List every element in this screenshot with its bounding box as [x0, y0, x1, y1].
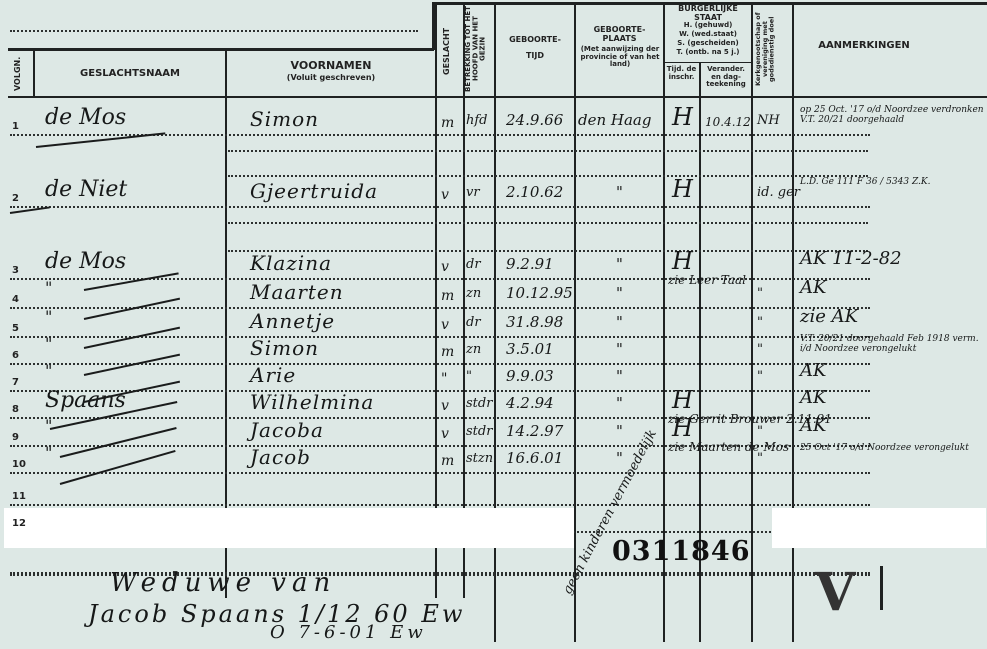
remarks: AK 11-2-82	[800, 249, 985, 270]
surname-strike	[60, 450, 176, 485]
highlight-row10-right	[772, 508, 986, 548]
status-change: 10.4.12	[705, 115, 751, 129]
row-number: 4	[12, 294, 19, 305]
birth-date: 16.6.01	[506, 449, 563, 467]
row-rule	[10, 472, 870, 474]
given-name: Gjeertruida	[250, 179, 378, 203]
relation: stdr	[466, 424, 492, 439]
birth-place: "	[616, 284, 623, 302]
stamp-number: 0311846	[612, 536, 751, 567]
header-burgerlijke-staat: BURGERLIJKE STAAT	[668, 5, 748, 23]
remarks: V.T. 20/21 doorgehaald Feb 1918 verm. i/…	[800, 334, 985, 355]
remarks: AK	[800, 278, 985, 299]
church: id. ger	[757, 185, 800, 200]
surname: de Mos	[45, 105, 126, 130]
mark-stroke	[880, 566, 883, 610]
church: "	[757, 451, 763, 466]
top-dotted-rule	[10, 30, 418, 32]
relation: stzn	[466, 451, 493, 466]
header-geslachtsnaam: GESLACHTSNAAM	[35, 68, 225, 79]
civil-status: H	[672, 247, 693, 275]
row-rule	[10, 504, 870, 506]
birth-place: "	[616, 394, 623, 412]
birth-date: 9.2.91	[506, 255, 554, 273]
civil-status: H	[672, 103, 693, 131]
row-number: 12	[12, 518, 26, 529]
row-number: 6	[12, 350, 19, 361]
legend-item: H. (gehuwd)	[665, 22, 751, 30]
birth-date: 2.10.62	[506, 183, 563, 201]
birth-date: 4.2.94	[506, 394, 554, 412]
church: "	[757, 369, 763, 384]
surname: "	[45, 334, 52, 353]
surname: "	[45, 416, 52, 435]
birth-date: 3.5.01	[506, 340, 554, 358]
birth-date: 31.8.98	[506, 313, 563, 331]
civil-status: H	[672, 414, 693, 442]
header-kerkgenootschap: Kerkgenootschap of vereniging met godsdi…	[755, 5, 789, 93]
status-change: zie Leer Taal	[668, 273, 746, 287]
header-tijd-inschr: Tijd. de inschr.	[664, 66, 699, 81]
sex: m	[441, 288, 454, 304]
given-name: Maarten	[250, 280, 344, 304]
footer-note-line1: Weduwe van	[110, 568, 336, 598]
check-mark: V	[815, 562, 855, 623]
remarks: 25 Oct '17 o/d Noordzee verongelukt	[800, 443, 985, 453]
sex: m	[441, 344, 454, 360]
given-name: Jacoba	[250, 418, 324, 442]
row-number: 1	[12, 121, 19, 132]
header-geslacht: GESLACHT	[443, 10, 451, 92]
row-number: 9	[12, 432, 19, 443]
highlight-row10-left	[4, 508, 574, 548]
birth-place: "	[616, 449, 623, 467]
given-name: Simon	[250, 336, 319, 360]
civil-status: H	[672, 175, 693, 203]
sub-rule	[228, 175, 868, 177]
church: "	[757, 342, 763, 357]
header-geboortetijd-2: TIJD	[496, 52, 574, 61]
birth-place: "	[616, 340, 623, 358]
remarks: L.D. Ge 111 F 36 / 5343 Z.K.	[800, 177, 985, 187]
given-name: Arie	[250, 363, 296, 387]
legend-item: T. (ontb. na 5 j.)	[665, 49, 751, 57]
header-voornamen-sub: (Voluit geschreven)	[227, 74, 435, 83]
relation: zn	[466, 342, 481, 357]
birth-place: "	[616, 183, 623, 201]
church: "	[757, 286, 763, 301]
header-top-border	[8, 48, 434, 51]
relation: stdr	[466, 396, 492, 411]
surname: "	[45, 278, 52, 297]
header-aanmerkingen: AANMERKINGEN	[794, 40, 934, 51]
sex: m	[441, 115, 454, 131]
given-name: Simon	[250, 107, 319, 131]
sex: v	[441, 398, 449, 414]
church: NH	[757, 113, 780, 128]
row-rule	[10, 206, 870, 208]
sex: v	[441, 259, 449, 275]
birth-date: 14.2.97	[506, 422, 563, 440]
row-number: 5	[12, 323, 19, 334]
sex: v	[441, 317, 449, 333]
remarks: AK	[800, 388, 985, 409]
row-number: 2	[12, 193, 19, 204]
church: "	[757, 315, 763, 330]
status-change: zie Maarten de Mos	[668, 440, 789, 454]
burgerlijke-staat-divider	[663, 62, 752, 63]
remarks: zie AK	[800, 307, 985, 328]
given-name: Jacob	[250, 445, 311, 469]
header-geboorteplaats-sub: (Met aanwijzing der provincie of van het…	[580, 46, 660, 69]
birth-date: 9.9.03	[506, 367, 554, 385]
row-number: 8	[12, 404, 19, 415]
relation: vr	[466, 185, 480, 200]
relation: hfd	[466, 113, 488, 128]
header-geboorteplaats-2: PLAATS	[576, 35, 663, 44]
legend-item: W. (wed.staat)	[665, 31, 751, 39]
church: "	[757, 424, 763, 439]
remarks: op 25 Oct. '17 o/d Noordzee verdronken V…	[800, 105, 985, 126]
birth-date: 10.12.95	[506, 284, 573, 302]
header-bottom-border	[8, 96, 987, 98]
birth-place: "	[616, 313, 623, 331]
row-number: 11	[12, 491, 26, 502]
civil-status: H	[672, 386, 693, 414]
given-name: Wilhelmina	[250, 390, 374, 414]
surname: "	[45, 443, 52, 462]
relation: dr	[466, 257, 481, 272]
sex: "	[441, 371, 447, 387]
relation: "	[466, 369, 472, 384]
header-betrekking: BETREKKING TOT HET HOOFD VAN HET GEZIN	[465, 5, 493, 93]
birth-place: "	[616, 367, 623, 385]
remarks: AK	[800, 361, 985, 382]
relation: zn	[466, 286, 481, 301]
birth-place: "	[616, 422, 623, 440]
sex: v	[441, 426, 449, 442]
col-line-verander	[751, 2, 753, 642]
sub-rule	[228, 222, 868, 224]
row-number: 7	[12, 377, 19, 388]
header-verander: Verander. en dag-teekening	[702, 66, 750, 89]
sub-rule	[228, 150, 868, 152]
footer-note-line3: O 7-6-01 Ew	[270, 622, 427, 643]
relation: dr	[466, 315, 481, 330]
given-name: Annetje	[250, 309, 335, 333]
sex: m	[441, 453, 454, 469]
birth-date: 24.9.66	[506, 111, 563, 129]
birth-place: den Haag	[578, 111, 651, 129]
legend-item: S. (gescheiden)	[665, 40, 751, 48]
birth-place: "	[616, 255, 623, 273]
row-number: 3	[12, 265, 19, 276]
surname: "	[45, 361, 52, 380]
header-volgn: VOLGN.	[14, 56, 22, 92]
surname: "	[45, 307, 52, 326]
remarks: AK	[800, 416, 985, 437]
surname: de Mos	[45, 249, 126, 274]
sex: v	[441, 187, 449, 203]
header-geboortetijd-1: GEBOORTE-	[496, 36, 574, 45]
surname: de Niet	[45, 177, 127, 202]
row-number: 10	[12, 459, 26, 470]
col-line-geboortetijd	[574, 2, 576, 642]
surname-strike	[84, 272, 179, 291]
header-voornamen: VOORNAMEN	[227, 60, 435, 72]
given-name: Klazina	[250, 251, 332, 275]
